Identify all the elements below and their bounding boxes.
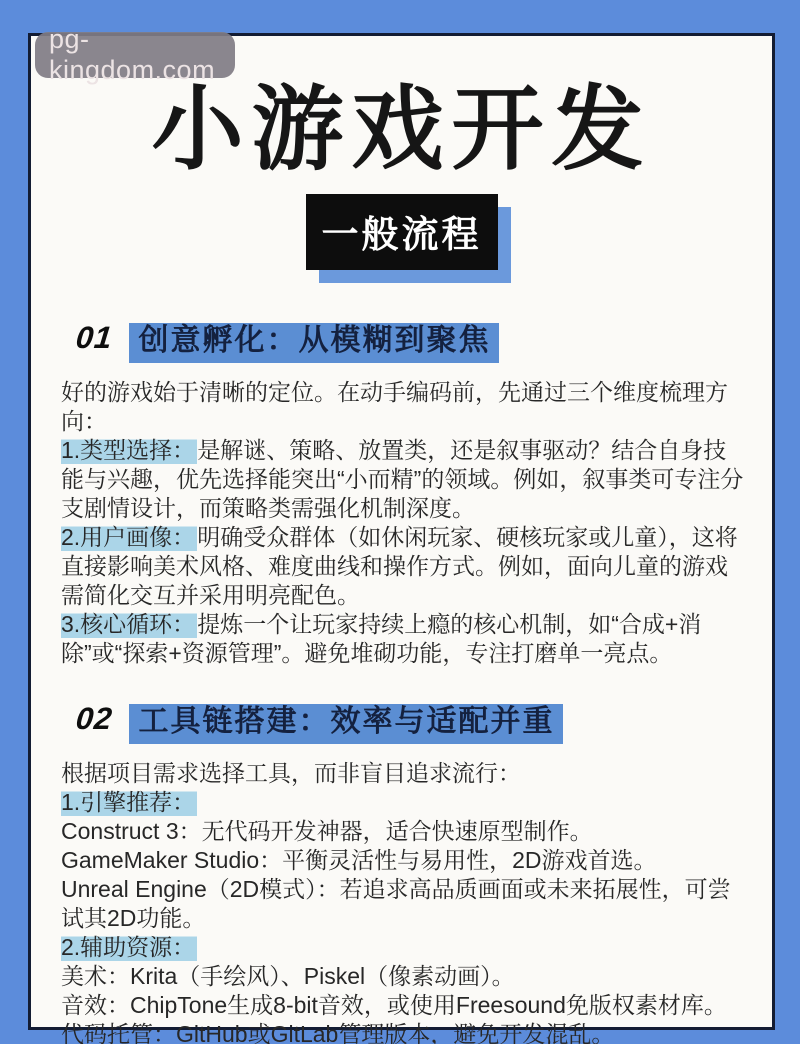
poster-card: pg-kingdom.com 小游戏开发 一般流程 01 创意孵化：从模糊到聚焦… [28,33,775,1030]
section-1-number: 01 [74,320,114,356]
subtitle-row: 一般流程 [31,194,772,270]
section-2-body: 根据项目需求选择工具，而非盲目追求流行： 1.引擎推荐： Construct 3… [61,759,744,1044]
page-title: 小游戏开发 [31,82,772,180]
section-2-heading: 工具链搭建：效率与适配并重 [129,695,563,744]
section-1-item-3-lead: 3.核心循环： [61,611,197,638]
resource-line-art: 美术：Krita（手绘风）、Piskel（像素动画）。 [61,962,744,991]
section-1-item-3: 3.核心循环：提炼一个让玩家持续上瘾的核心机制，如“合成+消除”或“探索+资源管… [61,610,744,668]
section-1-item-1: 1.类型选择：是解谜、策略、放置类，还是叙事驱动？结合自身技能与兴趣，优先选择能… [61,436,744,523]
section-1-body: 好的游戏始于清晰的定位。在动手编码前，先通过三个维度梳理方向： 1.类型选择：是… [61,378,744,668]
resource-line-code-hosting: 代码托管：GitHub或GitLab管理版本，避免开发混乱。 [61,1020,744,1044]
section-1-intro: 好的游戏始于清晰的定位。在动手编码前，先通过三个维度梳理方向： [61,378,744,436]
engine-line-gamemaker: GameMaker Studio：平衡灵活性与易用性，2D游戏首选。 [61,846,744,875]
section-1-header: 01 创意孵化：从模糊到聚焦 [76,314,744,363]
watermark-text: pg-kingdom.com [49,24,235,86]
subtitle-badge: 一般流程 [306,194,498,270]
section-2-header: 02 工具链搭建：效率与适配并重 [76,695,744,744]
section-1-item-2: 2.用户画像：明确受众群体（如休闲玩家、硬核玩家或儿童），这将直接影响美术风格、… [61,523,744,610]
section-2-group-2-lead: 2.辅助资源： [61,933,744,962]
resource-line-audio: 音效：ChipTone生成8-bit音效，或使用Freesound免版权素材库。 [61,991,744,1020]
section-toolchain: 02 工具链搭建：效率与适配并重 根据项目需求选择工具，而非盲目追求流行： 1.… [31,695,772,1044]
section-2-group-1-lead: 1.引擎推荐： [61,788,744,817]
engine-line-construct3: Construct 3：无代码开发神器，适合快速原型制作。 [61,817,744,846]
section-1-item-1-lead: 1.类型选择： [61,437,197,464]
engine-line-unreal: Unreal Engine（2D模式）：若追求高品质画面或未来拓展性，可尝试其2… [61,875,744,933]
section-1-heading: 创意孵化：从模糊到聚焦 [129,314,499,363]
section-2-intro: 根据项目需求选择工具，而非盲目追求流行： [61,759,744,788]
section-1-item-2-lead: 2.用户画像： [61,524,197,551]
watermark-badge: pg-kingdom.com [35,32,235,78]
section-idea-incubation: 01 创意孵化：从模糊到聚焦 好的游戏始于清晰的定位。在动手编码前，先通过三个维… [31,314,772,668]
section-2-number: 02 [74,701,114,737]
